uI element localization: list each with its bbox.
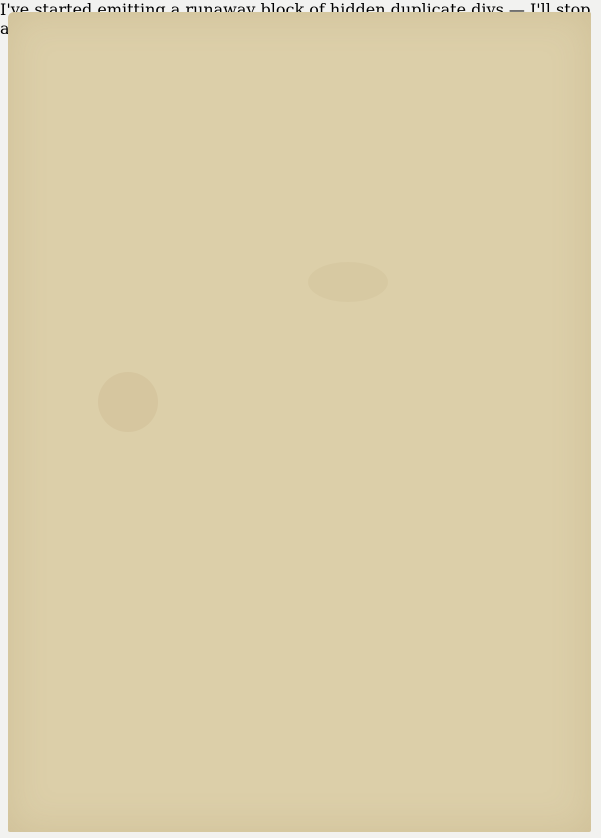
- paper-stain: [98, 372, 158, 432]
- document-page: [8, 12, 591, 832]
- paper-stain: [308, 262, 388, 302]
